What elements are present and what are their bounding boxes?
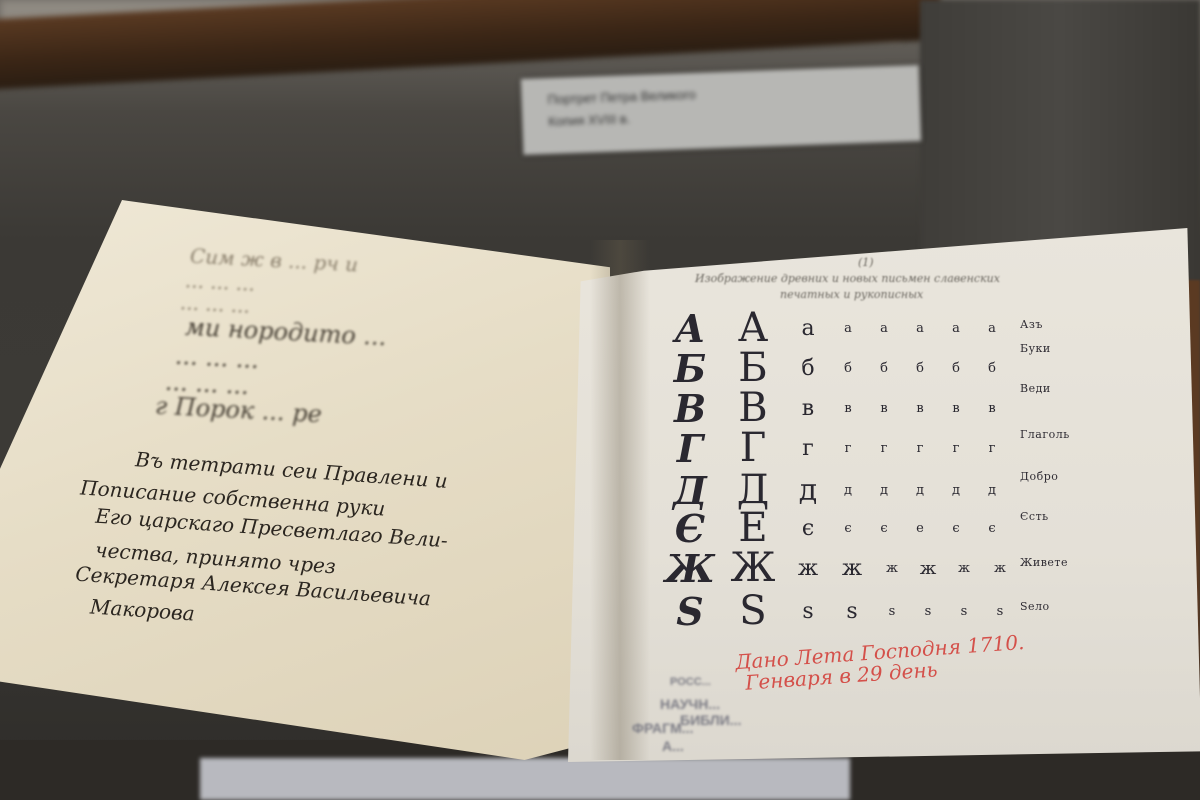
glyph: д	[786, 473, 830, 508]
glyph: г	[830, 441, 866, 456]
glyph: В	[660, 386, 720, 431]
stamp-line: А...	[662, 738, 684, 754]
glyph: ж	[830, 556, 874, 581]
glyph: s	[982, 604, 1018, 619]
alphabet-row-zelo: Ѕ S s ѕ s ѕ s s	[660, 588, 1018, 634]
glyph: ж	[874, 561, 910, 576]
glyph: ж	[786, 556, 830, 581]
stamp-line: НАУЧН...	[660, 696, 720, 712]
glyph: г	[938, 441, 974, 456]
glyph: Ж	[720, 545, 786, 591]
glyph: г	[786, 436, 830, 461]
glyph: є	[866, 521, 902, 536]
glyph: д	[902, 483, 938, 498]
glyph: г	[974, 441, 1010, 456]
glyph: S	[720, 588, 786, 634]
letter-name: Веди	[1020, 382, 1051, 395]
letter-name: Буки	[1020, 342, 1051, 355]
page-header-line2: печатных и рукописных	[780, 288, 923, 301]
alphabet-row-glagol: Г Г г г г г г г	[660, 425, 1010, 471]
glyph: а	[830, 321, 866, 336]
glyph: s	[874, 604, 910, 619]
glyph: а	[786, 316, 830, 341]
page-number: (1)	[858, 256, 874, 269]
glyph: б	[866, 361, 902, 376]
glyph: б	[830, 361, 866, 376]
glyph: д	[830, 483, 866, 498]
glyph: Є	[660, 506, 720, 551]
glyph: є	[974, 521, 1010, 536]
glyph: б	[974, 361, 1010, 376]
glyph: Б	[660, 346, 720, 391]
glyph: б	[902, 361, 938, 376]
glyph: ѕ	[830, 599, 874, 624]
display-label-line1: Портрет Петра Великого	[547, 87, 696, 107]
glyph: в	[786, 396, 830, 421]
glyph: б	[938, 361, 974, 376]
glyph: ѕ	[910, 604, 946, 619]
glyph: ж	[982, 561, 1018, 576]
glyph: д	[974, 483, 1010, 498]
glyph: є	[938, 521, 974, 536]
letter-name: Добро	[1020, 470, 1058, 483]
glyph: Ж	[660, 546, 720, 591]
display-label: Портрет Петра Великого Копия XVIII в.	[521, 65, 921, 155]
glyph: s	[786, 599, 830, 624]
glyph: г	[866, 441, 902, 456]
stamp-line: РОСС...	[670, 676, 711, 688]
glyph: А	[660, 306, 720, 351]
glyph: в	[974, 401, 1010, 416]
glyph: s	[946, 604, 982, 619]
glyph: ж	[946, 561, 982, 576]
glyph: д	[866, 483, 902, 498]
glyph: а	[866, 321, 902, 336]
glyph: Г	[720, 425, 786, 471]
glyph: а	[902, 321, 938, 336]
glyph: а	[974, 321, 1010, 336]
glyph: в	[938, 401, 974, 416]
stamp-line: ФРАГМ...	[632, 720, 693, 736]
glyph: в	[902, 401, 938, 416]
page-header-line1: Изображение древних и новых письмен слав…	[695, 272, 1000, 285]
glyph: в	[830, 401, 866, 416]
glyph: є	[786, 516, 830, 541]
letter-name: Живете	[1020, 556, 1068, 569]
letter-name: Глаголь	[1020, 428, 1070, 441]
glyph: г	[902, 441, 938, 456]
letter-name: Ѕело	[1020, 600, 1050, 613]
case-bottom-glass	[200, 758, 850, 800]
glyph: є	[830, 521, 866, 536]
glyph: е	[902, 521, 938, 536]
letter-name: Азъ	[1020, 318, 1043, 331]
glyph: а	[938, 321, 974, 336]
glyph: Г	[660, 426, 720, 471]
book-spine	[590, 240, 650, 760]
glyph: б	[786, 356, 830, 381]
glyph: д	[938, 483, 974, 498]
alphabet-row-zhivete: Ж Ж ж ж ж ж ж ж	[660, 545, 1018, 591]
display-label-line2: Копия XVIII в.	[548, 111, 631, 129]
glyph: Ѕ	[660, 589, 720, 634]
glyph: ж	[910, 558, 946, 579]
letter-name: Єсть	[1020, 510, 1049, 523]
glyph: в	[866, 401, 902, 416]
